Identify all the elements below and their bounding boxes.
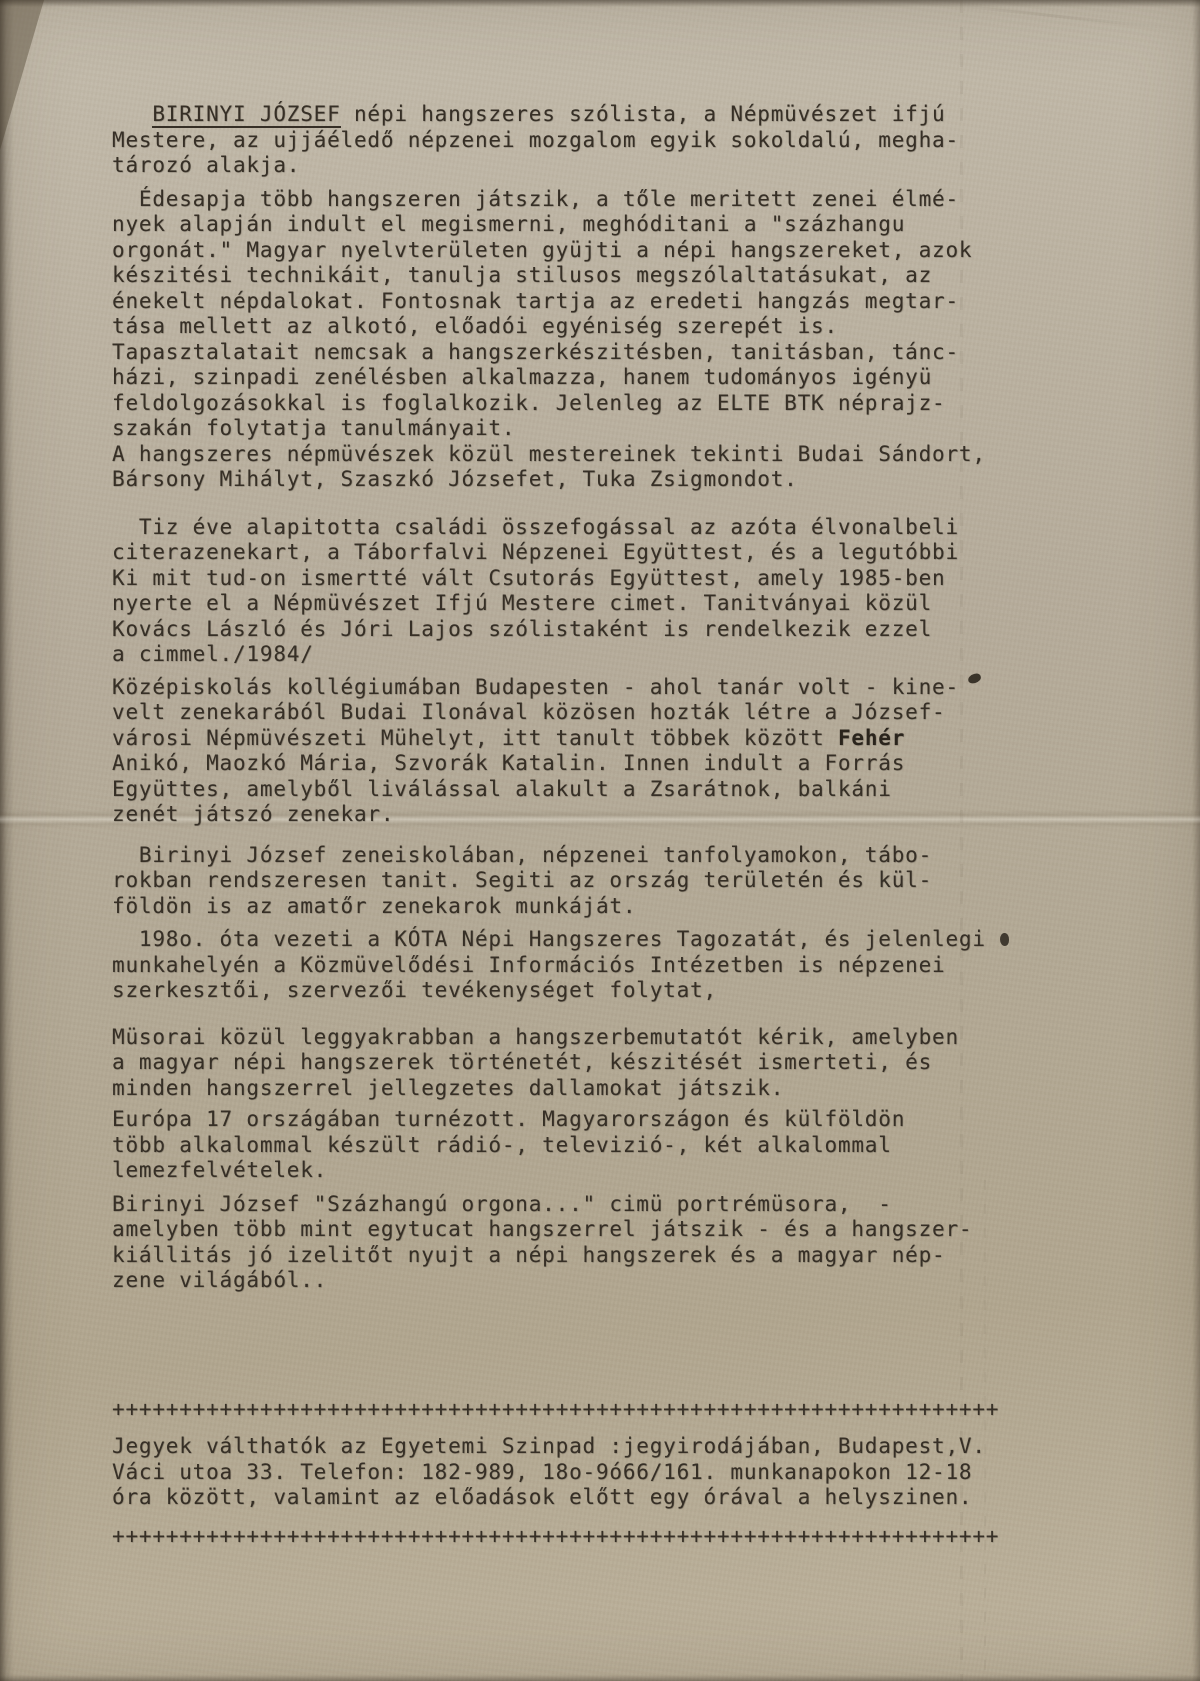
text-line: Ki mit tud-on ismertté vált Csutorás Egy… (112, 566, 1062, 592)
text-line: Tiz éve alapitotta családi összefogással… (112, 515, 1062, 541)
text-line: készitési technikáit, tanulja stilusos m… (112, 263, 1062, 289)
text-line: kiállitás jó izelitőt nyujt a népi hangs… (112, 1243, 1062, 1269)
paragraph-ensembles: Tiz éve alapitotta családi összefogással… (112, 515, 1062, 668)
separator-row-top: ++++++++++++++++++++++++++++++++++++++++… (112, 1397, 1062, 1423)
text-line: munkahelyén a Közmüvelődési Információs … (112, 953, 1062, 979)
underlined-name: BIRINYI JÓZSEF (152, 102, 340, 128)
text-line: Mestere, az ujjáéledő népzenei mozgalom … (112, 128, 1062, 154)
text-line: földön is az amatőr zenekarok munkáját. (112, 894, 1062, 920)
text-line: Váci utoa 33. Telefon: 182-989, 18o-9ó66… (112, 1460, 1062, 1486)
text-line: 198o. óta vezeti a KÓTA Népi Hangszeres … (112, 927, 1062, 953)
paper-edge-right (1192, 0, 1200, 1681)
text-line: A hangszeres népmüvészek közül mesterein… (112, 442, 1062, 468)
text-line: Birinyi József "Százhangú orgona..." cim… (112, 1192, 1062, 1218)
text-line: nyerte el a Népmüvészet Ifjú Mestere cim… (112, 591, 1062, 617)
text-line: tározó alakja. (112, 153, 1062, 179)
text-line: Jegyek válthatók az Egyetemi Szinpad :je… (112, 1434, 1062, 1460)
paragraph-programs: Müsorai közül leggyakrabban a hangszerbe… (112, 1025, 1062, 1102)
paper-edge-left (0, 0, 14, 1681)
text-line: szakán folytatja tanulmányait. (112, 416, 1062, 442)
text-line: városi Népmüvészeti Mühelyt, itt tanult … (112, 726, 1062, 752)
text-line: zene világából.. (112, 1268, 1062, 1294)
paper-edge-top (0, 0, 1200, 7)
paragraph-workshop: Középiskolás kollégiumában Budapesten - … (112, 675, 1062, 828)
text-line: feldolgozásokkal is foglalkozik. Jelenle… (112, 391, 1062, 417)
text-line: Édesapja több hangszeren játszik, a tőle… (112, 187, 1062, 213)
text-line: tása mellett az alkotó, előadói egyénisé… (112, 314, 1062, 340)
paragraph-kota: 198o. óta vezeti a KÓTA Népi Hangszeres … (112, 927, 1062, 1004)
paragraph-intro: BIRINYI JÓZSEF népi hangszeres szólista,… (112, 102, 1062, 179)
text-line: Birinyi József zeneiskolában, népzenei t… (112, 843, 1062, 869)
paragraph-tickets: Jegyek válthatók az Egyetemi Szinpad :je… (112, 1434, 1062, 1511)
paragraph-family-and-studies: Édesapja több hangszeren játszik, a tőle… (112, 187, 1062, 493)
text-segment: városi Népmüvészeti Mühelyt, itt tanult … (112, 726, 838, 750)
text-line: minden hangszerrel jellegzetes dallamoka… (112, 1076, 1062, 1102)
text-line: házi, szinpadi zenélésben alkalmazza, ha… (112, 365, 1062, 391)
separator-row-bottom: ++++++++++++++++++++++++++++++++++++++++… (112, 1524, 1062, 1550)
text-line: Bársony Mihályt, Szaszkó Józsefet, Tuka … (112, 467, 1062, 493)
text-line: több alkalommal készült rádió-, televizi… (112, 1133, 1062, 1159)
text-line: Anikó, Maozkó Mária, Szvorák Katalin. In… (112, 751, 1062, 777)
text-line: lemezfelvételek. (112, 1158, 1062, 1184)
text-segment (112, 102, 152, 126)
text-line: Együttes, amelyből liválással alakult a … (112, 777, 1062, 803)
text-line: amelyben több mint egytucat hangszerrel … (112, 1217, 1062, 1243)
text-line: óra között, valamint az előadások előtt … (112, 1485, 1062, 1511)
text-line: a cimmel./1984/ (112, 642, 1062, 668)
text-line: Kovács László és Jóri Lajos szólistaként… (112, 617, 1062, 643)
paragraph-portrait-show: Birinyi József "Százhangú orgona..." cim… (112, 1192, 1062, 1294)
text-line: zenét játszó zenekar. (112, 802, 1062, 828)
typewritten-text: BIRINYI JÓZSEF népi hangszeres szólista,… (112, 102, 1062, 1549)
text-line: Középiskolás kollégiumában Budapesten - … (112, 675, 1062, 701)
text-line: Müsorai közül leggyakrabban a hangszerbe… (112, 1025, 1062, 1051)
paragraph-teaching: Birinyi József zeneiskolában, népzenei t… (112, 843, 1062, 920)
text-line: BIRINYI JÓZSEF népi hangszeres szólista,… (112, 102, 1062, 128)
text-line: énekelt népdalokat. Fontosnak tartja az … (112, 289, 1062, 315)
paper-edge-bottom (0, 1675, 1200, 1681)
text-line: Európa 17 országában turnézott. Magyaror… (112, 1107, 1062, 1133)
text-line: citerazenekart, a Táborfalvi Népzenei Eg… (112, 540, 1062, 566)
text-line: Tapasztalatait nemcsak a hangszerkészité… (112, 340, 1062, 366)
text-segment: népi hangszeres szólista, a Népmüvészet … (341, 102, 946, 126)
text-line: nyek alapján indult el megismerni, meghó… (112, 212, 1062, 238)
text-line: a magyar népi hangszerek történetét, kés… (112, 1050, 1062, 1076)
text-line: szerkesztői, szervezői tevékenységet fol… (112, 978, 1062, 1004)
text-line: rokban rendszeresen tanit. Segiti az ors… (112, 868, 1062, 894)
text-segment: Fehér (838, 726, 905, 750)
paragraph-tours: Európa 17 országában turnézott. Magyaror… (112, 1107, 1062, 1184)
text-line: velt zenekarából Budai Ilonával közösen … (112, 700, 1062, 726)
document-photo: BIRINYI JÓZSEF népi hangszeres szólista,… (0, 0, 1200, 1681)
ink-blot (1000, 933, 1009, 946)
text-line: orgonát." Magyar nyelvterületen gyüjti a… (112, 238, 1062, 264)
